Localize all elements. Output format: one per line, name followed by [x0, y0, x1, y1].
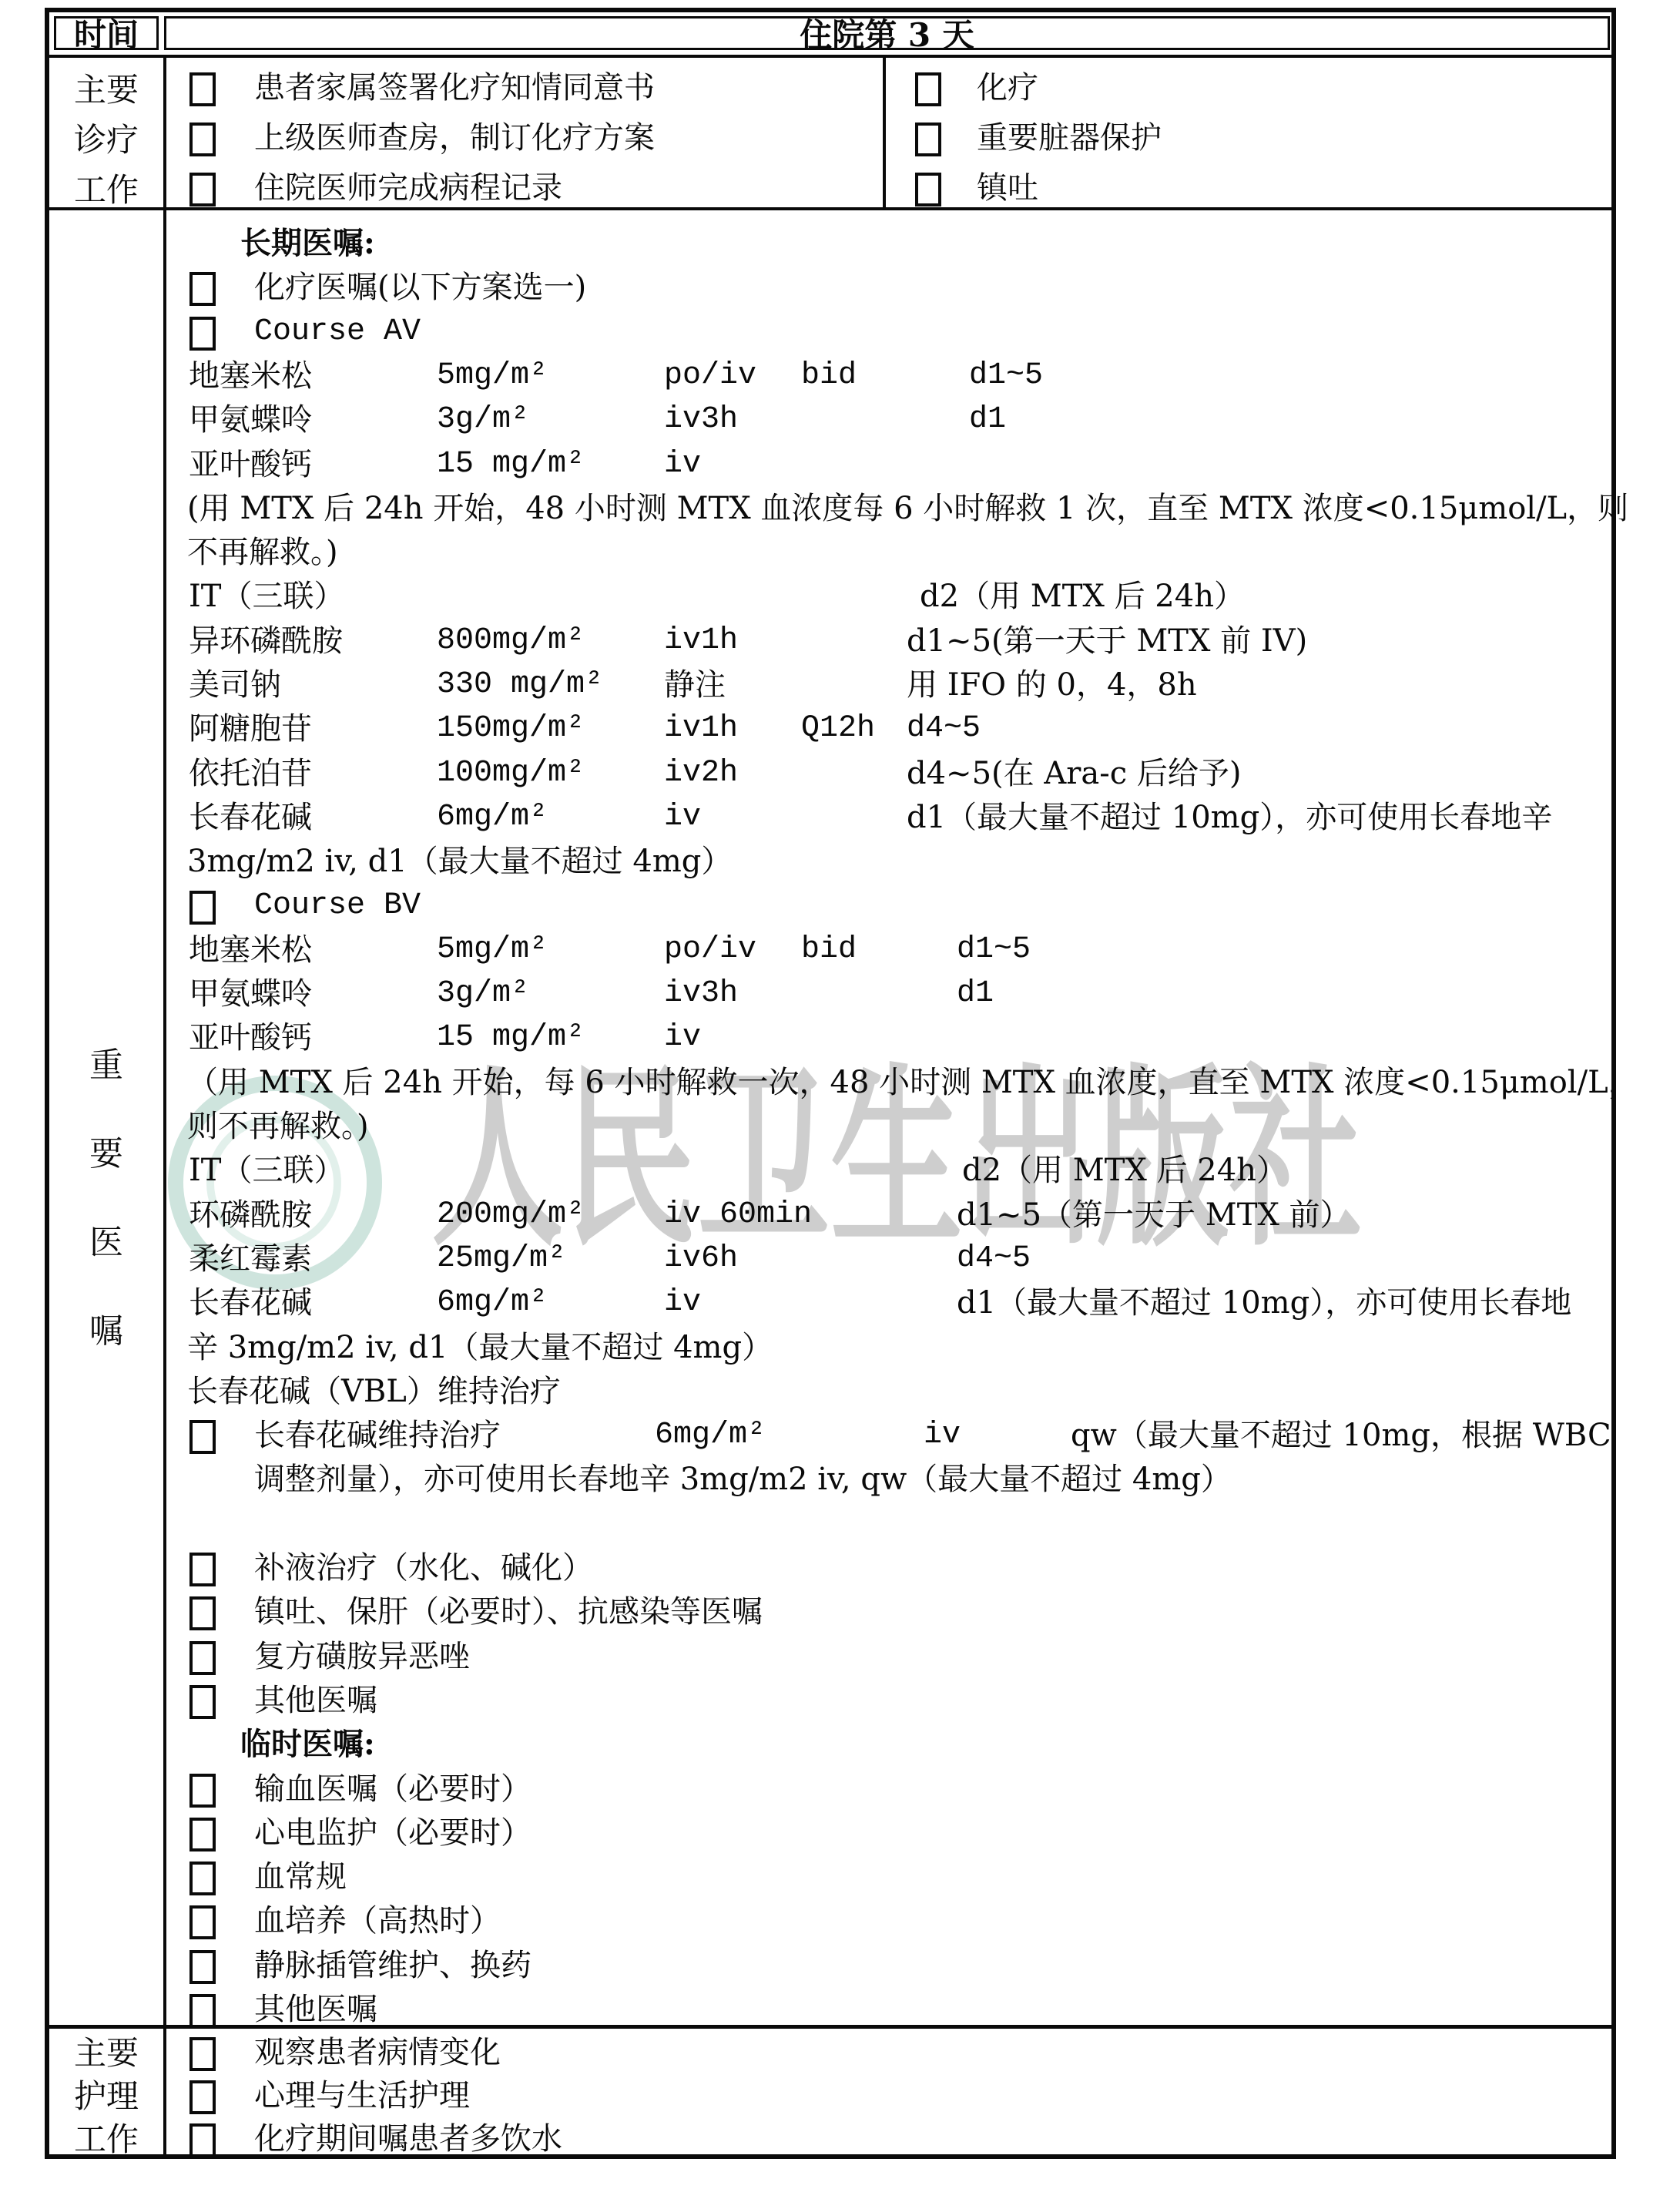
drug-days: d1~5(第一天于 MTX 前 IV): [907, 623, 1307, 660]
checkbox-icon[interactable]: [915, 123, 941, 156]
drug-dose: 15 mg/m²: [437, 446, 585, 483]
drug-route: iv6h: [664, 1240, 738, 1277]
order-checkbox-item: 复方磺胺异恶唑: [254, 1638, 470, 1675]
drug-frequency: bid: [801, 932, 857, 969]
order-checkbox-item: Course AV: [254, 314, 421, 351]
drug-days: qw（最大量不超过 10mg，根据 WBC: [1071, 1417, 1611, 1454]
nursing-item: 心理与生活护理: [254, 2077, 470, 2114]
drug-name: 亚叶酸钙: [189, 1019, 312, 1056]
drug-days: d4~5(在 Ara-c 后给予): [907, 755, 1241, 792]
nursing-item: 化疗期间嘱患者多饮水: [254, 2120, 562, 2157]
nursing-work-label: 工作: [49, 2120, 163, 2159]
order-note-line: （用 MTX 后 24h 开始，每 6 小时解救一次，48 小时测 MTX 血浓…: [187, 1064, 1639, 1101]
order-continuation-line: 调整剂量），亦可使用长春地辛 3mg/m2 iv, qw（最大量不超过 4mg）: [254, 1461, 1232, 1498]
checkbox-icon[interactable]: [189, 1596, 216, 1630]
drug-days: 用 IFO 的 0，4，8h: [907, 666, 1197, 703]
drug-route: iv3h: [664, 401, 738, 438]
drug-name: 地塞米松: [189, 358, 312, 394]
drug-dose: 800mg/m²: [437, 623, 585, 660]
drug-name: 亚叶酸钙: [189, 446, 312, 483]
order-it-label: IT（三联）: [189, 578, 344, 615]
drug-name: 依托泊苷: [189, 755, 312, 792]
drug-route: po/iv: [664, 358, 756, 394]
drug-route: iv1h: [664, 623, 738, 660]
drug-dose: 3g/m²: [437, 975, 529, 1012]
checkbox-icon[interactable]: [189, 72, 216, 106]
drug-dose: 3g/m²: [437, 401, 529, 438]
drug-route: iv: [664, 446, 701, 483]
orders-label-char: 医: [49, 1224, 163, 1262]
table-layer: 时间 住院第 3 天 主要诊疗工作患者家属签署化疗知情同意书上级医师查房，制订化…: [0, 0, 1680, 2209]
orders-label-char: 嘱: [49, 1312, 163, 1351]
drug-name: 长春花碱: [189, 1284, 312, 1321]
checkbox-icon[interactable]: [189, 2123, 216, 2157]
diagnosis-left-item: 上级医师查房，制订化疗方案: [254, 119, 655, 156]
header-bottom-rule: [49, 55, 1611, 58]
checkbox-icon[interactable]: [915, 173, 941, 206]
drug-name: 甲氨蝶呤: [189, 975, 312, 1012]
checkbox-icon[interactable]: [189, 1818, 216, 1851]
order-it-days: d2（用 MTX 后 24h）: [920, 578, 1245, 615]
order-note-line: 不再解救。): [187, 534, 338, 571]
drug-name: 地塞米松: [189, 932, 312, 969]
checkbox-icon[interactable]: [189, 1950, 216, 1984]
checkbox-icon[interactable]: [189, 123, 216, 156]
drug-route: iv: [924, 1417, 961, 1454]
drug-frequency: Q12h: [801, 710, 875, 747]
checkbox-icon[interactable]: [189, 891, 216, 925]
nursing-work-label: 主要: [49, 2034, 163, 2073]
drug-route: iv: [664, 799, 701, 836]
diagnosis-right-item: 化疗: [977, 69, 1038, 106]
drug-dose: 330 mg/m²: [437, 666, 603, 703]
drug-days: d1~5: [969, 358, 1043, 394]
checkbox-icon[interactable]: [189, 1994, 216, 2028]
drug-dose: 5mg/m²: [437, 358, 548, 394]
order-checkbox-item: 其他医嘱: [254, 1991, 377, 2028]
drug-dose: 6mg/m²: [437, 799, 548, 836]
diagnosis-bottom-rule: [49, 207, 1611, 210]
drug-route: iv1h: [664, 710, 738, 747]
drug-route: iv: [664, 1284, 701, 1321]
diagnosis-right-item: 重要脏器保护: [977, 119, 1162, 156]
order-checkbox-item: 血常规: [254, 1858, 347, 1895]
orders-label-char: 重: [49, 1046, 163, 1085]
drug-name: 异环磷酰胺: [189, 623, 343, 660]
clinical-pathway-sheet: 人民卫生出版社 时间 住院第 3 天 主要诊疗工作患者家属签署化疗知情同意书上级…: [0, 0, 1680, 2209]
order-checkbox-item: 补液治疗（水化、碱化）: [254, 1549, 593, 1586]
nursing-item: 观察患者病情变化: [254, 2034, 501, 2071]
drug-days: d1（最大量不超过 10mg），亦可使用长春地辛: [907, 799, 1552, 836]
drug-dose: 6mg/m²: [437, 1284, 548, 1321]
diagnosis-left-item: 住院医师完成病程记录: [254, 170, 562, 206]
drug-route: iv: [664, 1019, 701, 1056]
drug-name: 甲氨蝶呤: [189, 401, 312, 438]
checkbox-icon[interactable]: [189, 272, 216, 306]
order-checkbox-item: 镇吐、保肝（必要时）、抗感染等医嘱: [254, 1593, 763, 1630]
order-note-line: 长春花碱（VBL）维持治疗: [187, 1373, 561, 1410]
checkbox-icon[interactable]: [189, 2080, 216, 2114]
checkbox-icon[interactable]: [189, 1862, 216, 1895]
checkbox-icon[interactable]: [189, 1685, 216, 1719]
order-note-line: 则不再解救。): [187, 1108, 369, 1145]
drug-name: 柔红霉素: [189, 1240, 312, 1277]
day-title: 住院第 3 天: [800, 10, 974, 56]
checkbox-icon[interactable]: [189, 2037, 216, 2071]
header-time-cell: 时间: [54, 16, 159, 50]
checkbox-icon[interactable]: [915, 72, 941, 106]
order-note-line: 3mg/m2 iv, d1（最大量不超过 4mg）: [187, 843, 732, 880]
drug-dose: 25mg/m²: [437, 1240, 566, 1277]
drug-days: d4~5: [907, 710, 981, 747]
diagnosis-middle-rule: [883, 58, 886, 210]
order-checkbox-item: 心电监护（必要时）: [254, 1815, 531, 1851]
order-note-line: (用 MTX 后 24h 开始，48 小时测 MTX 血浓度每 6 小时解救 1…: [187, 490, 1628, 527]
order-checkbox-item: 其他医嘱: [254, 1682, 377, 1719]
drug-dose: 5mg/m²: [437, 932, 548, 969]
order-section-header: 长期医嘱:: [240, 225, 375, 262]
drug-days: d1~5（第一天于 MTX 前）: [957, 1197, 1351, 1234]
drug-dose: 100mg/m²: [437, 755, 585, 792]
drug-name: 长春花碱: [189, 799, 312, 836]
drug-days: d1: [969, 401, 1006, 438]
drug-dose: 150mg/m²: [437, 710, 585, 747]
diagnosis-right-item: 镇吐: [977, 170, 1038, 206]
drug-route: iv2h: [664, 755, 738, 792]
label-column-rule: [163, 58, 166, 2154]
order-it-label: IT（三联）: [189, 1152, 344, 1189]
drug-route: iv 60min: [664, 1197, 812, 1234]
drug-route: iv3h: [664, 975, 738, 1012]
order-it-days: d2（用 MTX 后 24h）: [962, 1152, 1287, 1189]
diagnosis-work-label: 诊疗: [49, 121, 163, 159]
drug-dose: 200mg/m²: [437, 1197, 585, 1234]
drug-dose: 6mg/m²: [655, 1417, 766, 1454]
drug-dose: 15 mg/m²: [437, 1019, 585, 1056]
checkbox-icon[interactable]: [189, 1774, 216, 1808]
orders-label-char: 要: [49, 1135, 163, 1173]
order-checkbox-item: 输血医嘱（必要时）: [254, 1771, 531, 1808]
order-checkbox-item: 长春花碱维持治疗: [254, 1417, 501, 1454]
drug-name: 阿糖胞苷: [189, 710, 312, 747]
checkbox-icon[interactable]: [189, 1905, 216, 1939]
diagnosis-left-item: 患者家属签署化疗知情同意书: [254, 69, 655, 106]
time-label: 时间: [74, 10, 139, 56]
diagnosis-work-label: 主要: [49, 71, 163, 109]
order-note-line: 辛 3mg/m2 iv, d1（最大量不超过 4mg）: [187, 1329, 773, 1366]
checkbox-icon[interactable]: [189, 1553, 216, 1586]
drug-name: 环磷酰胺: [189, 1197, 312, 1234]
drug-frequency: bid: [801, 358, 857, 394]
drug-days: d1: [957, 975, 994, 1012]
drug-name: 美司钠: [189, 666, 281, 703]
checkbox-icon[interactable]: [189, 1420, 216, 1454]
order-checkbox-item: 静脉插管维护、换药: [254, 1947, 531, 1984]
checkbox-icon[interactable]: [189, 173, 216, 206]
diagnosis-work-label: 工作: [49, 171, 163, 210]
header-day-cell: 住院第 3 天: [164, 16, 1610, 50]
drug-days: d1~5: [957, 932, 1031, 969]
checkbox-icon[interactable]: [189, 317, 216, 351]
drug-route: po/iv: [664, 932, 756, 969]
order-checkbox-item: Course BV: [254, 888, 421, 925]
nursing-work-label: 护理: [49, 2077, 163, 2116]
order-checkbox-item: 血培养（高热时）: [254, 1902, 501, 1939]
order-section-header: 临时医嘱:: [240, 1726, 375, 1763]
drug-route: 静注: [664, 666, 726, 703]
checkbox-icon[interactable]: [189, 1641, 216, 1675]
order-checkbox-item: 化疗医嘱(以下方案选一): [254, 269, 586, 306]
drug-days: d4~5: [957, 1240, 1031, 1277]
drug-days: d1（最大量不超过 10mg），亦可使用长春地: [957, 1284, 1571, 1321]
